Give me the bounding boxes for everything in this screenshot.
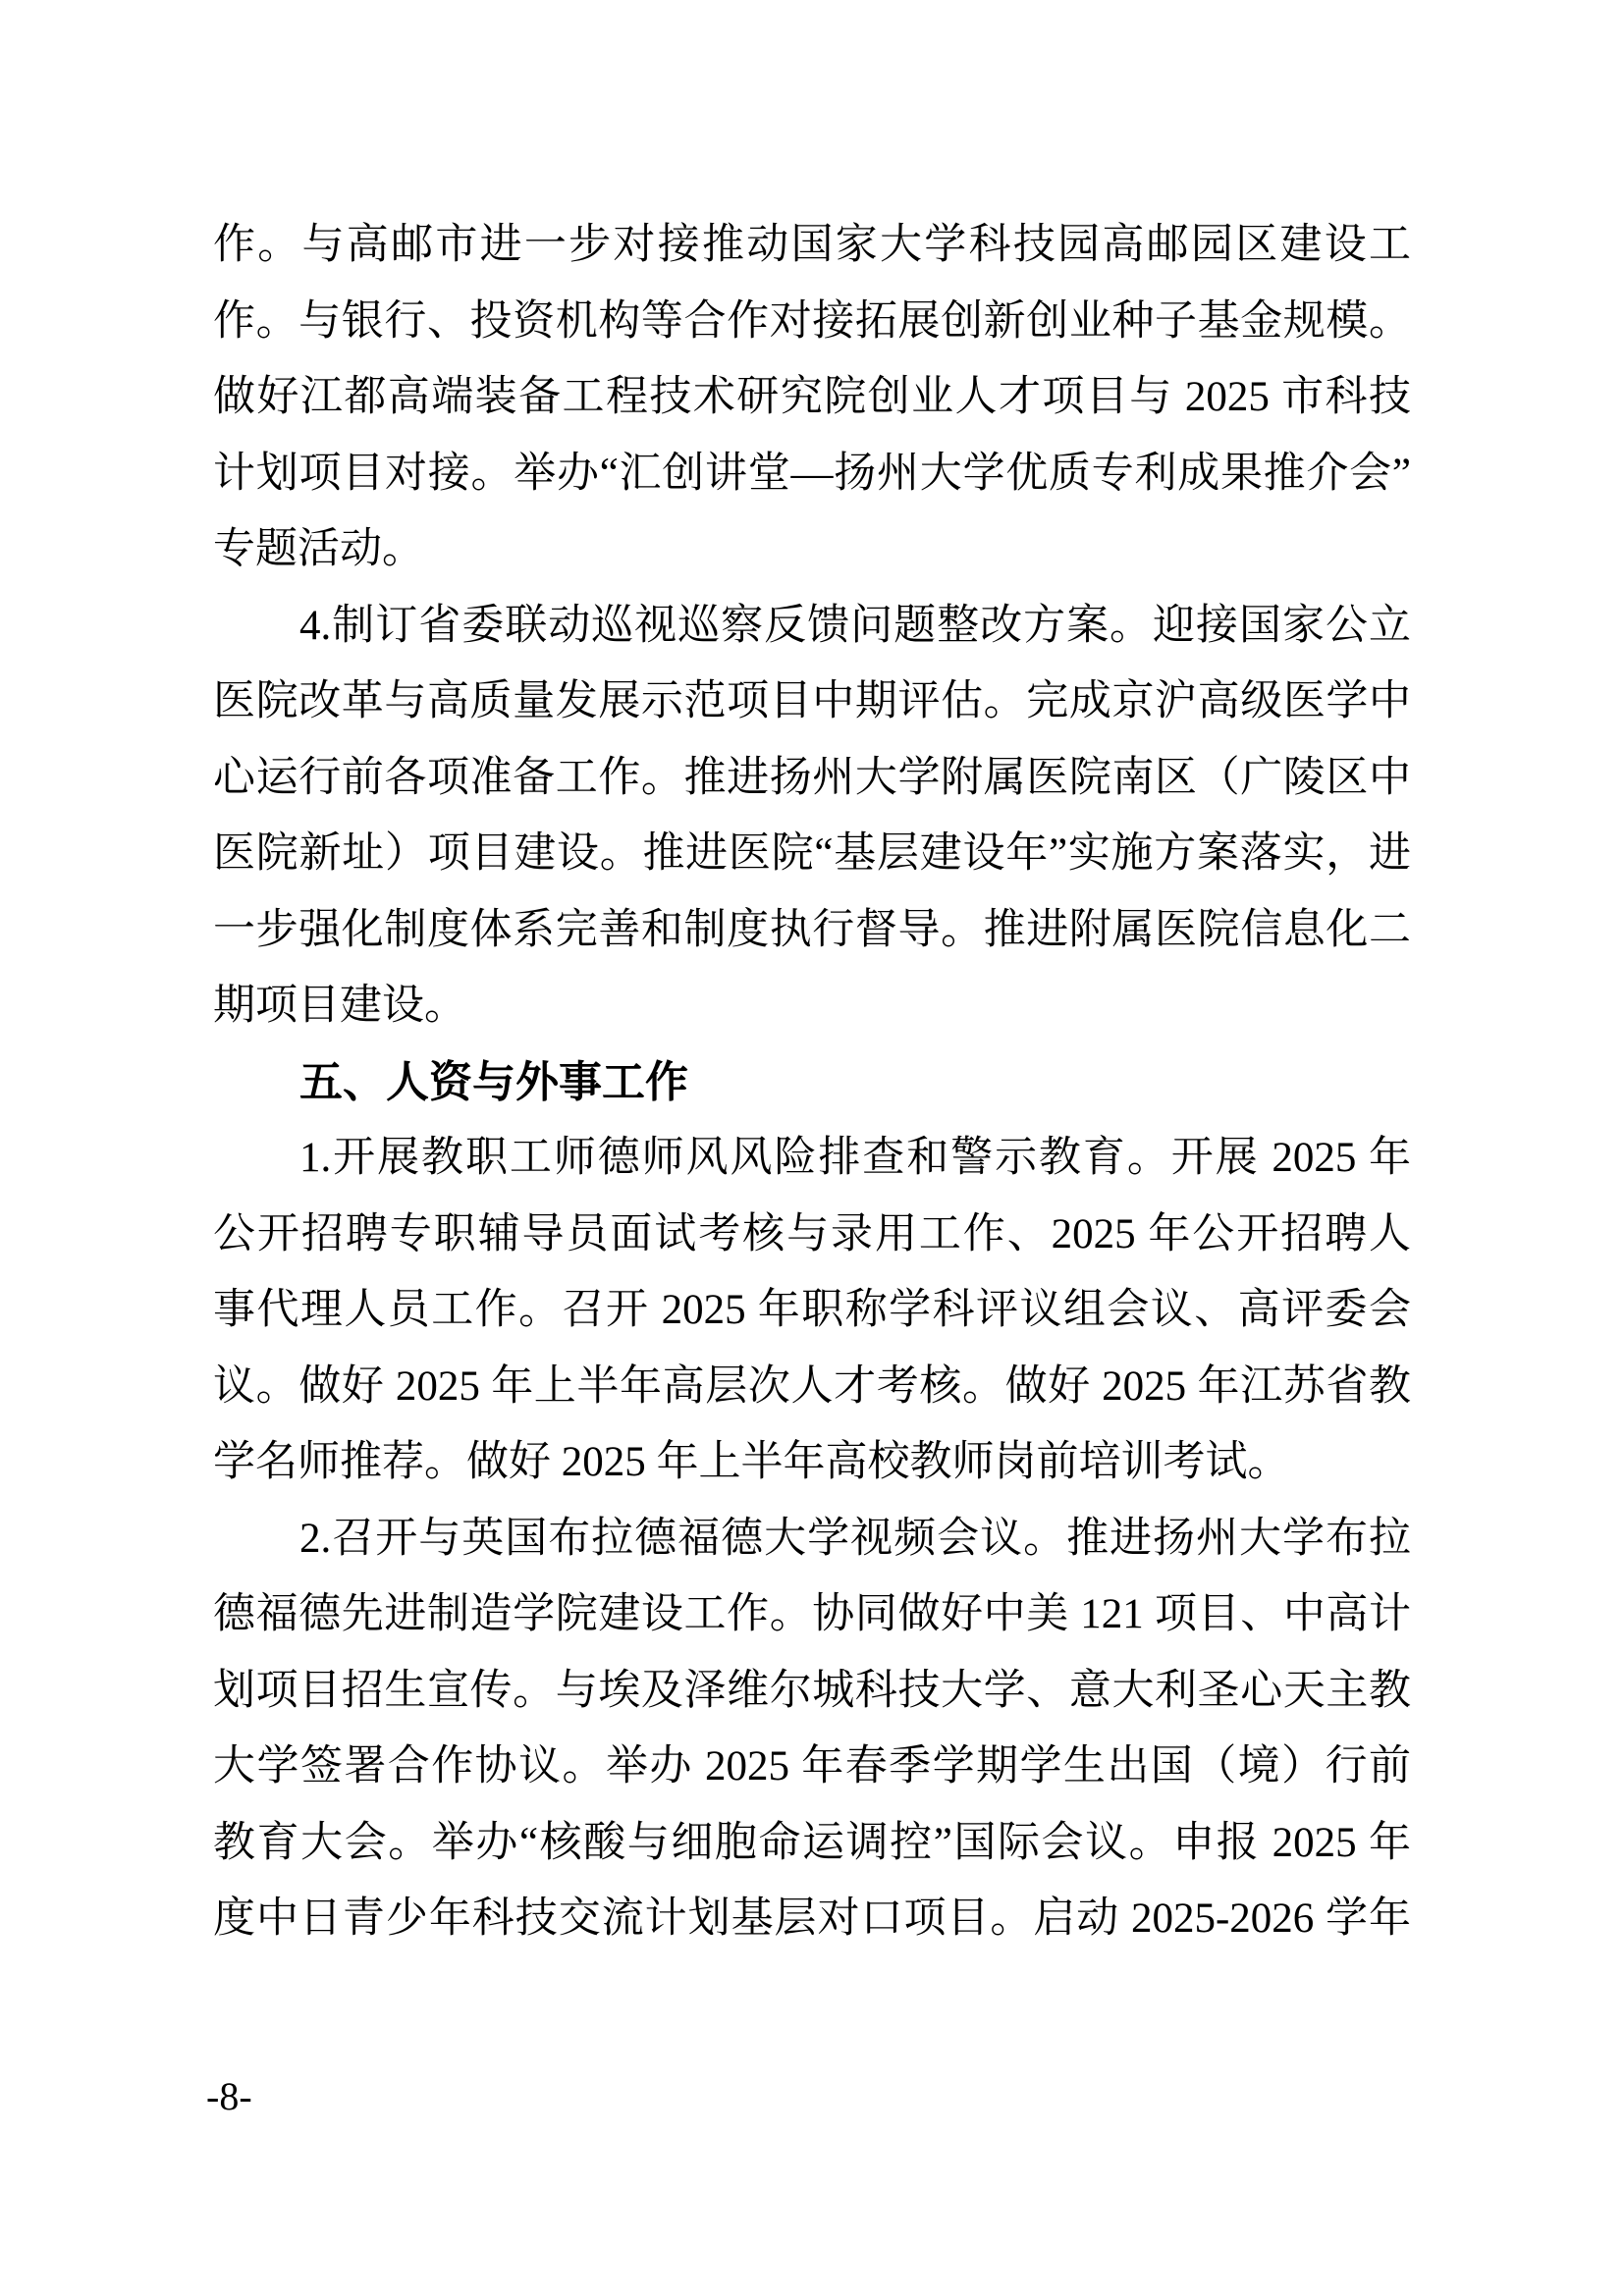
- text-line: 作。与银行、投资机构等合作对接拓展创新创业种子基金规模。: [213, 284, 1411, 360]
- text-line: 2.召开与英国布拉德福德大学视频会议。推进扬州大学布拉: [213, 1501, 1411, 1577]
- text-line: 计划项目对接。举办“汇创讲堂—扬州大学优质专利成果推介会”: [213, 436, 1411, 512]
- text-line: 专题活动。: [213, 511, 1411, 588]
- text-line: 划项目招生宣传。与埃及泽维尔城科技大学、意大利圣心天主教: [213, 1653, 1411, 1730]
- section-5: 五、人资与外事工作: [213, 1044, 1411, 1121]
- text-line: 医院新址）项目建设。推进医院“基层建设年”实施方案落实，进: [213, 816, 1411, 892]
- text-line: 作。与高邮市进一步对接推动国家大学科技园高邮园区建设工: [213, 207, 1411, 284]
- document-page: 作。与高邮市进一步对接推动国家大学科技园高邮园区建设工 作。与银行、投资机构等合…: [0, 0, 1624, 2296]
- text-line: 事代理人员工作。召开 2025 年职称学科评议组会议、高评委会: [213, 1272, 1411, 1349]
- paragraph-item-4: 4.制订省委联动巡视巡察反馈问题整改方案。迎接国家公立 医院改革与高质量发展示范…: [213, 588, 1411, 1044]
- paragraph-item-2: 2.召开与英国布拉德福德大学视频会议。推进扬州大学布拉 德福德先进制造学院建设工…: [213, 1501, 1411, 1957]
- text-line: 一步强化制度体系完善和制度执行督导。推进附属医院信息化二: [213, 892, 1411, 969]
- text-line: 教育大会。举办“核酸与细胞命运调控”国际会议。申报 2025 年: [213, 1805, 1411, 1882]
- text-line: 公开招聘专职辅导员面试考核与录用工作、2025 年公开招聘人: [213, 1197, 1411, 1273]
- text-line: 期项目建设。: [213, 968, 1411, 1044]
- text-line: 德福德先进制造学院建设工作。协同做好中美 121 项目、中高计: [213, 1576, 1411, 1653]
- text-line: 议。做好 2025 年上半年高层次人才考核。做好 2025 年江苏省教: [213, 1349, 1411, 1425]
- paragraph-item-1: 1.开展教职工师德师风风险排查和警示教育。开展 2025 年 公开招聘专职辅导员…: [213, 1120, 1411, 1501]
- text-line: 4.制订省委联动巡视巡察反馈问题整改方案。迎接国家公立: [213, 588, 1411, 665]
- document-body: 作。与高邮市进一步对接推动国家大学科技园高邮园区建设工 作。与银行、投资机构等合…: [213, 207, 1411, 1957]
- page-number: -8-: [206, 2073, 252, 2120]
- text-line: 医院改革与高质量发展示范项目中期评估。完成京沪高级医学中: [213, 664, 1411, 740]
- text-line: 大学签署合作协议。举办 2025 年春季学期学生出国（境）行前: [213, 1729, 1411, 1805]
- text-line: 做好江都高端装备工程技术研究院创业人才项目与 2025 市科技: [213, 359, 1411, 436]
- text-line: 学名师推荐。做好 2025 年上半年高校教师岗前培训考试。: [213, 1424, 1411, 1501]
- text-line: 度中日青少年科技交流计划基层对口项目。启动 2025-2026 学年: [213, 1881, 1411, 1957]
- section-heading: 五、人资与外事工作: [213, 1044, 1411, 1121]
- text-line: 1.开展教职工师德师风风险排查和警示教育。开展 2025 年: [213, 1120, 1411, 1197]
- text-line: 心运行前各项准备工作。推进扬州大学附属医院南区（广陵区中: [213, 740, 1411, 817]
- paragraph-continued: 作。与高邮市进一步对接推动国家大学科技园高邮园区建设工 作。与银行、投资机构等合…: [213, 207, 1411, 588]
